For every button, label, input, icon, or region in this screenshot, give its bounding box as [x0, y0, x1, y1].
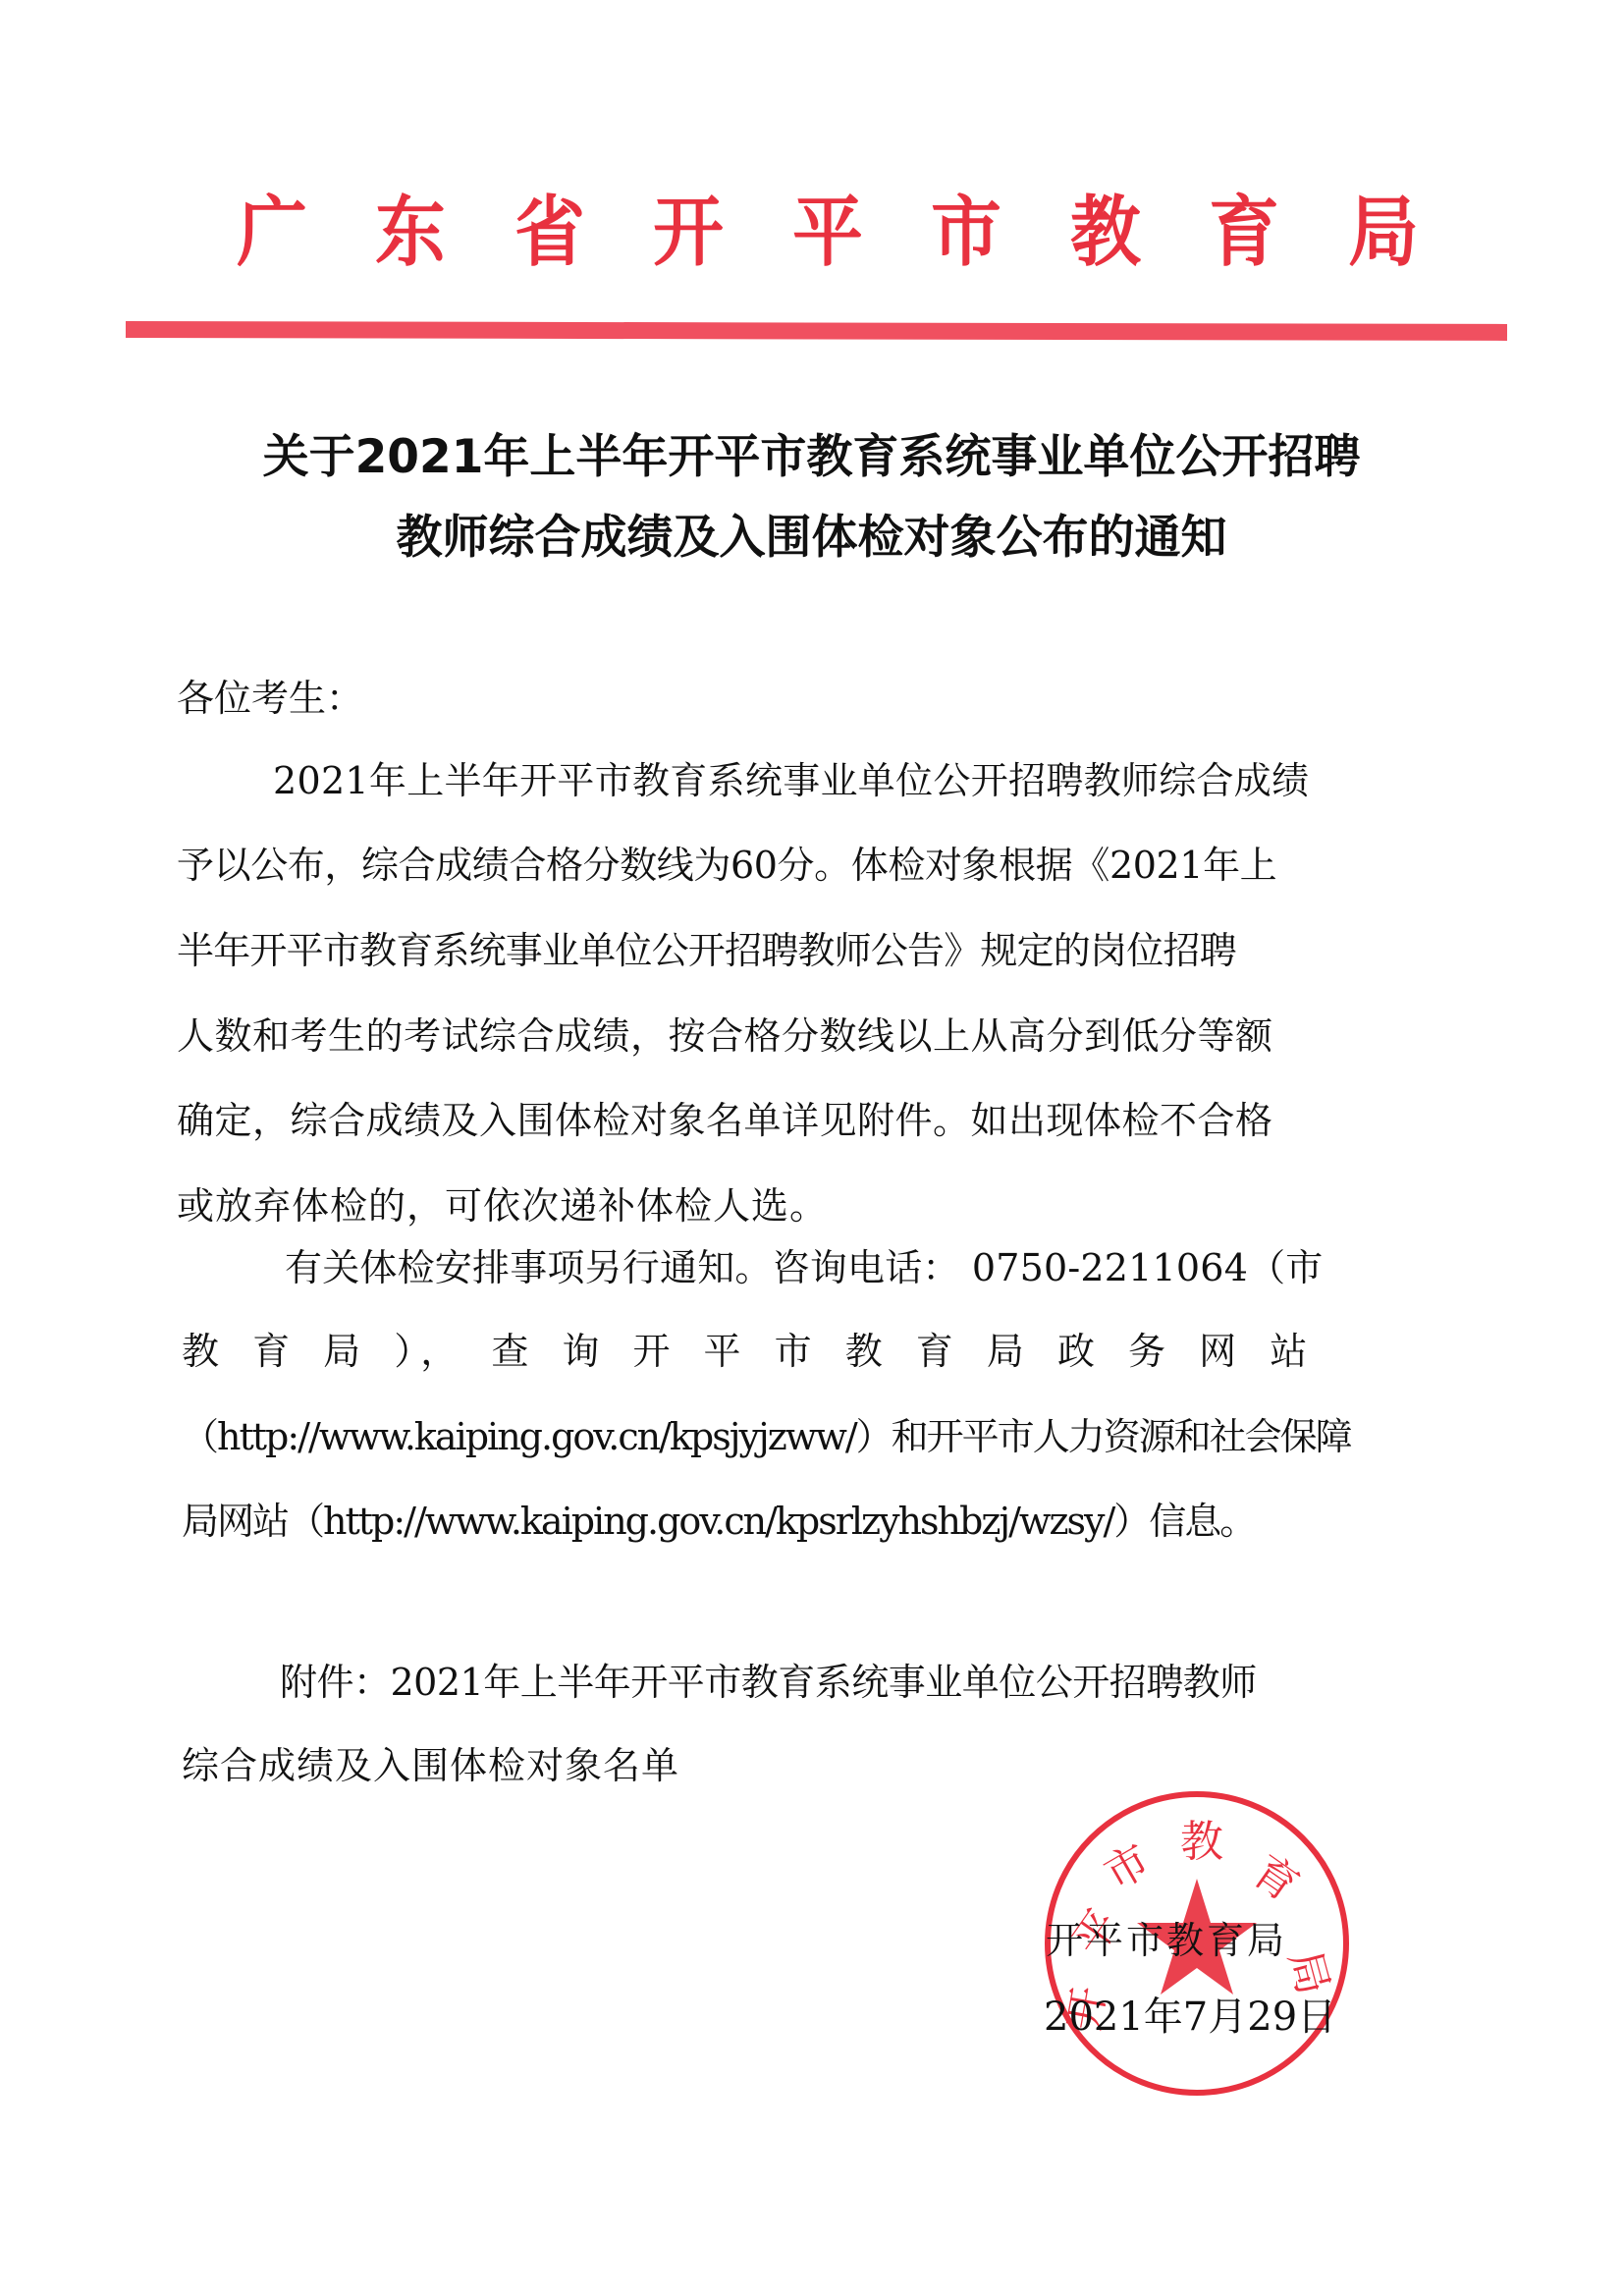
notice-title-line-1: 关于2021年上半年开平市教育系统事业单位公开招聘: [0, 420, 1623, 486]
seal-char: 育: [1243, 1846, 1307, 1912]
signature-org: 开平市教育局: [1046, 1910, 1287, 1964]
paragraph-2-line: 有关体检安排事项另行通知。咨询电话： 0750-2211064（市: [285, 1245, 1323, 1290]
letterhead-char: 东: [376, 189, 447, 277]
document-page: 广 东 省 开 平 市 教 育 局 关于2021年上半年开平市教育系统事业单位公…: [0, 0, 1623, 2296]
paragraph-1-line: 确定，综合成绩及入围体检对象名单详见附件。如出现体检不合格: [177, 1098, 1273, 1143]
seal-char: 市: [1096, 1835, 1159, 1900]
paragraph-1-line: 2021年上半年开平市教育系统事业单位公开招聘教师综合成绩: [273, 758, 1309, 803]
letterhead-char: 广: [237, 189, 307, 277]
paragraph-1-line: 或放弃体检的，可依次递补体检人选。: [177, 1183, 828, 1229]
letterhead-red-rule: [126, 321, 1507, 341]
letterhead-char: 省: [514, 189, 585, 277]
letterhead-char: 育: [1210, 189, 1280, 277]
paragraph-2-line: 局网站（http://www.kaiping.gov.cn/kpsrlzyhsh…: [182, 1499, 1255, 1544]
notice-title-line-2: 教师综合成绩及入围体检对象公布的通知: [0, 501, 1623, 567]
letterhead-char: 市: [932, 189, 1002, 277]
paragraph-2-line: （http://www.kaiping.gov.cn/kpsjyjzww/）和开…: [182, 1414, 1351, 1459]
attachment-line: 附件：2021年上半年开平市教育系统事业单位公开招聘教师: [280, 1660, 1257, 1705]
signature-date: 2021年7月29日: [1044, 1986, 1336, 2042]
letterhead-org-name: 广 东 省 开 平 市 教 育 局: [234, 189, 1422, 277]
paragraph-2-line: 教 育 局 ）， 查 询 开 平 市 教 育 局 政 务 网 站: [182, 1329, 1315, 1374]
paragraph-1-line: 半年开平市教育系统事业单位公开招聘教师公告》规定的岗位招聘: [177, 928, 1236, 973]
attachment-line: 综合成绩及入围体检对象名单: [182, 1743, 679, 1788]
letterhead-char: 开: [654, 189, 725, 277]
paragraph-1-line: 人数和考生的考试综合成绩，按合格分数线以上从高分到低分等额: [177, 1013, 1273, 1059]
paragraph-1-line: 予以公布，综合成绩合格分数线为60分。体检对象根据《2021年上: [177, 843, 1276, 888]
salutation: 各位考生：: [177, 676, 363, 721]
letterhead-char: 教: [1070, 189, 1141, 277]
letterhead-char: 局: [1348, 189, 1419, 277]
letterhead-char: 平: [792, 189, 863, 277]
seal-char: 教: [1180, 1817, 1223, 1867]
